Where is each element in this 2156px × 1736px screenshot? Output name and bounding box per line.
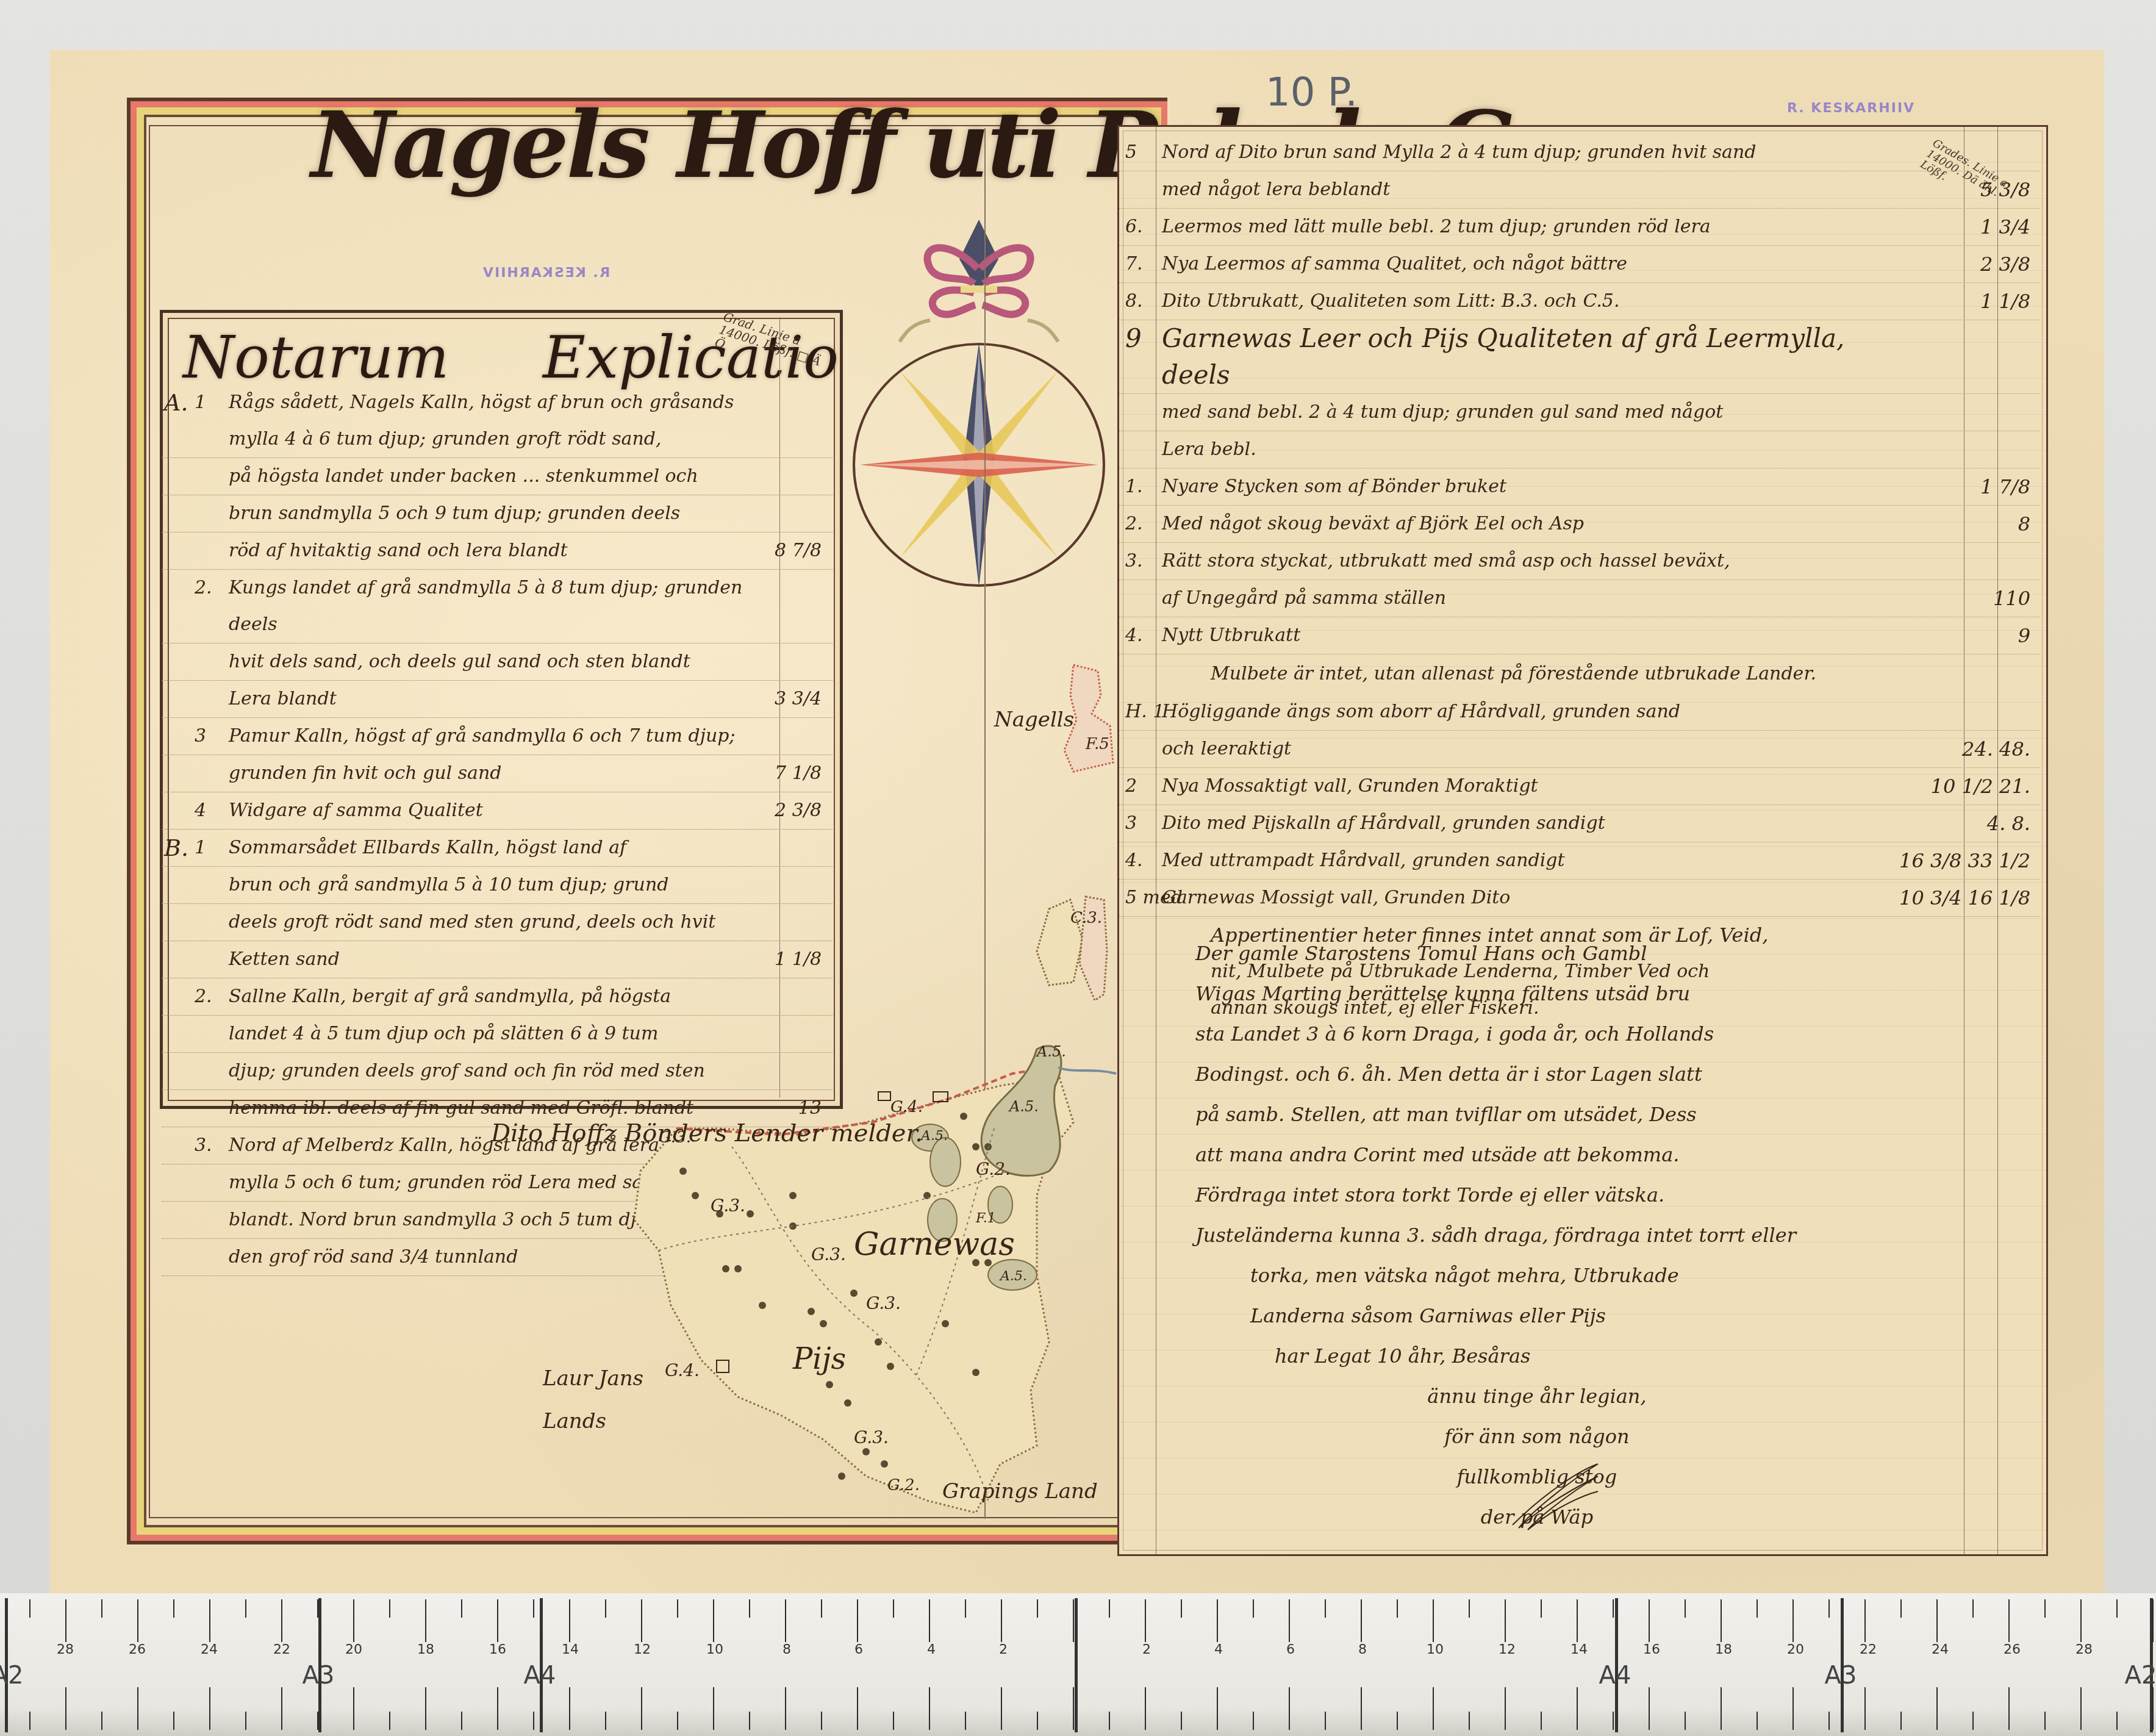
signature-flourish-icon [1506, 1458, 1604, 1531]
ruler-tick [137, 1599, 138, 1642]
scale-ruler: 28 26 24 22 20 18 16 14 12 10 8 6 4 2 2 … [0, 1593, 2156, 1736]
parcel-code: G.4. [665, 1360, 700, 1380]
ruler-tick [1721, 1687, 1722, 1730]
ruler-tick [677, 1712, 678, 1730]
ruler-paper-size-label: A2 [0, 1662, 23, 1690]
ruler-number: 28 [2075, 1642, 2093, 1657]
narrative-line: sta Landet 3 à 6 korn Draga, i goda år, … [1195, 1014, 2037, 1054]
ruler-tick [1361, 1599, 1362, 1642]
ruler-tick [461, 1712, 462, 1730]
ruler-tick [1073, 1687, 1074, 1730]
ruler-tick [1505, 1687, 1506, 1730]
map-caption-bonder-lender: Dito Hoffz Bönders Lender melder. [491, 1119, 923, 1147]
ruler-tick [641, 1599, 642, 1642]
ruler-number: 2 [1142, 1642, 1151, 1657]
ruler-tick [1469, 1712, 1470, 1730]
map-label-garnewas: Garnewas [854, 1226, 1015, 1263]
ruler-tick [2044, 1712, 2046, 1730]
explanation-row: på högsta landet under backen ... stenku… [162, 458, 833, 495]
narrative-line: Fördraga intet stora torkt Torde ej elle… [1195, 1175, 2037, 1215]
ledger-row: 4.Nytt Utbrukatt9 [1119, 617, 2040, 655]
ruler-tick [1181, 1712, 1182, 1730]
ledger-row: Lera bebl. [1119, 431, 2040, 468]
ruler-tick [173, 1599, 174, 1618]
ruler-major-mark [1075, 1598, 1078, 1732]
ruler-tick [281, 1687, 282, 1730]
ledger-row: 2.Med något skoug beväxt af Björk Eel oc… [1119, 506, 2040, 543]
explanation-row: 4Widgare af samma Qualitet2 3/8 [162, 792, 833, 830]
parcel-code: G.3. [659, 1128, 691, 1147]
ruler-tick [173, 1712, 174, 1730]
ruler-tick [2116, 1712, 2118, 1730]
parcel-code: F.1 [976, 1211, 996, 1226]
archive-stamp: R. KESKARHIIV [1787, 101, 1915, 116]
explanation-row: brun sandmylla 5 och 9 tum djup; grunden… [162, 495, 833, 533]
parcel-code: A.5. [1037, 1043, 1066, 1060]
ruler-tick [1181, 1599, 1182, 1618]
ruler-tick [1289, 1599, 1290, 1642]
explanation-row: landet 4 à 5 tum djup och på slätten 6 à… [162, 1016, 833, 1053]
ruler-tick [353, 1687, 354, 1730]
ruler-tick [1001, 1599, 1002, 1642]
ruler-tick [1217, 1599, 1218, 1642]
ruler-number: 18 [417, 1642, 434, 1657]
explanation-row: hvit dels sand, och deels gul sand och s… [162, 644, 833, 681]
ruler-tick [1433, 1599, 1434, 1642]
map-label-laur-jans-lands: Laur Jans Lands [543, 1357, 665, 1443]
ruler-number: 4 [927, 1642, 936, 1657]
ruler-tick [1145, 1687, 1146, 1730]
ruler-tick [1109, 1599, 1110, 1618]
ruler-tick [569, 1599, 570, 1642]
ruler-paper-size-label: A3 [1825, 1662, 1857, 1690]
ruler-tick [2080, 1687, 2082, 1730]
narrative-line: Justeländerna kunna 3. sådh draga, fördr… [1195, 1215, 2037, 1255]
ruler-tick [281, 1599, 282, 1642]
ledger-row: 4.Med uttrampadt Hårdvall, grunden sandi… [1119, 842, 2040, 880]
pencil-annotation: 10 P. [1266, 70, 1358, 115]
ruler-tick [425, 1687, 426, 1730]
ruler-number: 26 [129, 1642, 146, 1657]
narrative-line: Wigas Marting berättelse kunna fältens u… [1195, 974, 2037, 1014]
parcel-code: A.5. [921, 1128, 948, 1144]
ruler-tick [209, 1599, 210, 1642]
ruler-tick [1936, 1599, 1938, 1642]
ruler-number: 8 [783, 1642, 791, 1657]
ruler-number: 16 [489, 1642, 506, 1657]
parcel-code: G.4. [890, 1098, 923, 1116]
fleur-de-lis-icon [900, 220, 1058, 342]
parcel-code: G.3. [711, 1196, 745, 1216]
parcel-code: G.3. [866, 1293, 901, 1313]
ruler-tick [389, 1712, 390, 1730]
ruler-tick [461, 1599, 462, 1618]
ruler-tick [1649, 1687, 1650, 1730]
starost-narrative: Der gamle Starostens Tomul Hans och Gamb… [1195, 933, 2037, 1537]
ledger-row: H. 1Högliggande ängs som aborr af Hårdva… [1119, 694, 2040, 731]
ruler-tick [1721, 1599, 1722, 1642]
ruler-tick [1685, 1599, 1686, 1618]
explanation-row: B.1Sommarsådet Ellbards Kalln, högst lan… [162, 830, 833, 867]
closing-line: för änn som någon [1195, 1416, 2037, 1457]
ruler-tick [209, 1687, 210, 1730]
ruler-tick [1505, 1599, 1506, 1642]
ruler-tick [1037, 1712, 1038, 1730]
ruler-tick [1685, 1712, 1686, 1730]
ruler-tick [1649, 1599, 1650, 1642]
explanation-heading-notarum: Notarum [183, 323, 449, 392]
ruler-tick [245, 1599, 246, 1618]
ruler-tick [2152, 1599, 2154, 1642]
ruler-tick [1217, 1687, 1218, 1730]
ledger-row: med sand bebl. 2 à 4 tum djup; grunden g… [1119, 394, 2040, 431]
ruler-tick [533, 1712, 534, 1730]
narrative-line: torka, men vätska något mehra, Utbrukade [1195, 1255, 2037, 1296]
explanation-row: den grof röd sand 3/4 tunnland2 3/16 [162, 1239, 833, 1276]
ruler-tick [749, 1599, 750, 1618]
ledger-row-garnewas: 9Garnewas Leer och Pijs Qualiteten af gr… [1119, 320, 2040, 394]
ruler-tick [65, 1687, 66, 1730]
ruler-tick [1145, 1599, 1146, 1642]
ruler-tick [1972, 1712, 1974, 1730]
ruler-tick [857, 1599, 858, 1642]
ruler-tick [713, 1687, 714, 1730]
ruler-tick [1397, 1712, 1398, 1730]
ledger-row: 6.Leermos med lätt mulle bebl. 2 tum dju… [1119, 209, 2040, 246]
ruler-tick [1900, 1712, 1902, 1730]
ruler-number: 26 [2004, 1642, 2021, 1657]
ledger-row: 3Dito med Pijskalln af Hårdvall, grunden… [1119, 805, 2040, 842]
ledger-note-mulbete: Mulbete är intet, utan allenast på föres… [1119, 655, 2040, 694]
ledger-row: 5 medGarnewas Mossigt vall, Grunden Dito… [1119, 880, 2040, 917]
ruler-tick [569, 1687, 570, 1730]
ledger-rows: 5Nord af Dito brun sand Mylla 2 à 4 tum … [1119, 134, 2040, 1027]
ruler-number: 8 [1358, 1642, 1367, 1657]
ruler-number: 14 [1570, 1642, 1588, 1657]
ruler-number: 20 [345, 1642, 362, 1657]
ledger-row: 3.Rätt stora styckat, utbrukatt med små … [1119, 543, 2040, 580]
explanation-row: brun och grå sandmylla 5 à 10 tum djup; … [162, 867, 833, 904]
ruler-number: 22 [273, 1642, 290, 1657]
explanation-row: 2.Kungs landet af grå sandmylla 5 à 8 tu… [162, 570, 833, 644]
ruler-tick [245, 1712, 246, 1730]
ruler-number: 12 [1499, 1642, 1516, 1657]
explanation-row: Ketten sand1 1/8 [162, 941, 833, 978]
ruler-number: 20 [1787, 1642, 1804, 1657]
ruler-tick [605, 1712, 606, 1730]
ruler-tick [785, 1599, 786, 1642]
ruler-tick [1361, 1687, 1362, 1730]
parcel-code: A.5. [1000, 1269, 1027, 1284]
ruler-tick [1397, 1599, 1398, 1618]
ruler-tick [1900, 1599, 1902, 1618]
archive-stamp-mirrored: R. KESKARHIIV [482, 265, 610, 281]
ruler-tick [1253, 1712, 1254, 1730]
ruler-tick [713, 1599, 714, 1642]
ruler-paper-size-label: A3 [303, 1662, 335, 1690]
ruler-tick [1792, 1599, 1794, 1642]
ruler-tick [101, 1599, 102, 1618]
ruler-tick [1073, 1599, 1074, 1642]
closing-line: fullkomblig stog [1195, 1457, 2037, 1497]
ruler-tick [1864, 1687, 1866, 1730]
parcel-code: A.5. [1009, 1098, 1039, 1115]
ruler-tick [1001, 1687, 1002, 1730]
ruler-tick [425, 1599, 426, 1642]
ruler-tick [317, 1599, 318, 1618]
narrative-line: att mana andra Corint med utsäde att bek… [1195, 1135, 2037, 1175]
explanation-row: grunden fin hvit och gul sand7 1/8 [162, 755, 833, 792]
ruler-tick [929, 1687, 930, 1730]
ledger-row: 2Nya Mossaktigt vall, Grunden Moraktigt1… [1119, 768, 2040, 805]
ruler-tick [29, 1599, 30, 1618]
ruler-paper-size-label: A2 [2125, 1662, 2156, 1690]
ruler-number: 14 [562, 1642, 579, 1657]
ruler-tick [29, 1712, 30, 1730]
ruler-tick [1828, 1599, 1830, 1618]
ruler-tick [1577, 1687, 1578, 1730]
ruler-tick [2008, 1687, 2010, 1730]
ledger-row: 7.Nya Leermos af samma Qualitet, och någ… [1119, 246, 2040, 283]
ledger-row: 5Nord af Dito brun sand Mylla 2 à 4 tum … [1119, 134, 2040, 171]
ruler-tick [1037, 1599, 1038, 1618]
parcel-code: G.3. [811, 1244, 846, 1264]
closing-line: der på Wäp [1195, 1497, 2037, 1537]
ruler-tick [2152, 1687, 2154, 1730]
narrative-line: Bodingst. och 6. åh. Men detta är i stor… [1195, 1054, 2037, 1094]
ruler-tick [965, 1599, 966, 1618]
ruler-number: 24 [201, 1642, 218, 1657]
ruler-tick [929, 1599, 930, 1642]
ledger-row: af Ungegård på samma ställen110 [1119, 580, 2040, 617]
explanation-row: röd af hvitaktig sand och lera blandt8 7… [162, 533, 833, 570]
ruler-tick [857, 1687, 858, 1730]
ruler-number: 22 [1860, 1642, 1877, 1657]
ruler-tick [2008, 1599, 2010, 1642]
ruler-number: 6 [1286, 1642, 1295, 1657]
ruler-tick [1613, 1712, 1614, 1730]
ruler-tick [1972, 1599, 1974, 1618]
parcel-code: G.3. [854, 1427, 889, 1447]
ruler-tick [1541, 1599, 1542, 1618]
map-label-pijs: Pijs [793, 1342, 846, 1376]
ruler-tick [1253, 1599, 1254, 1618]
narrative-line: Der gamle Starostens Tomul Hans och Gamb… [1195, 933, 2037, 974]
ruler-tick [1433, 1687, 1434, 1730]
ruler-tick [1325, 1712, 1326, 1730]
ruler-tick [1828, 1712, 1830, 1730]
ruler-tick [605, 1599, 606, 1618]
explanation-row: A.1Rågs sådett, Nagels Kalln, högst af b… [162, 384, 833, 458]
ruler-tick [1109, 1712, 1110, 1730]
ruler-tick [1577, 1599, 1578, 1642]
ruler-number: 10 [1427, 1642, 1444, 1657]
parcel-code: F.5 [1086, 735, 1109, 753]
ruler-paper-size-label: A4 [1599, 1662, 1631, 1690]
ruler-number: 10 [706, 1642, 723, 1657]
ruler-tick [677, 1599, 678, 1618]
ruler-tick [317, 1712, 318, 1730]
ruler-tick [65, 1599, 66, 1642]
map-label-grapings-land: Grapings Land [942, 1479, 1098, 1504]
parcel-code: G.2. [976, 1159, 1011, 1179]
ruler-tick [1469, 1599, 1470, 1618]
narrative-line: har Legat 10 åhr, Besåras [1195, 1336, 2037, 1376]
ruler-tick [1864, 1599, 1866, 1642]
ruler-tick [965, 1712, 966, 1730]
ledger-row: 1.Nyare Stycken som af Bönder bruket1 7/… [1119, 468, 2040, 506]
parcel-code: C.3. [1070, 909, 1102, 927]
ruler-tick [1936, 1687, 1938, 1730]
ledger-row: 8.Dito Utbrukatt, Qualiteten som Litt: B… [1119, 283, 2040, 320]
ruler-tick [137, 1687, 138, 1730]
ruler-number: 16 [1643, 1642, 1660, 1657]
ruler-tick [749, 1712, 750, 1730]
ledger-row: och leeraktigt24. 48. [1119, 731, 2040, 768]
ruler-tick [533, 1599, 534, 1618]
ruler-number: 24 [1932, 1642, 1949, 1657]
ruler-number: 28 [57, 1642, 74, 1657]
ruler-number: 6 [854, 1642, 863, 1657]
ruler-tick [1613, 1599, 1614, 1618]
ruler-tick [497, 1687, 498, 1730]
ruler-tick [2116, 1599, 2118, 1618]
ruler-tick [101, 1712, 102, 1730]
ruler-number: 4 [1214, 1642, 1223, 1657]
ruler-tick [821, 1599, 822, 1618]
ruler-number: 2 [999, 1642, 1008, 1657]
ruler-tick [1325, 1599, 1326, 1618]
ruler-tick [2080, 1599, 2082, 1642]
ruler-tick [1541, 1712, 1542, 1730]
explanation-row: 3Pamur Kalln, högst af grå sandmylla 6 o… [162, 718, 833, 755]
explanation-row: 2.Sallne Kalln, bergit af grå sandmylla,… [162, 978, 833, 1016]
ruler-number: 18 [1715, 1642, 1732, 1657]
ledger-row: med något lera beblandt5 3/8 [1119, 171, 2040, 209]
ruler-tick [1757, 1599, 1758, 1618]
explanation-row: deels groft rödt sand med sten grund, de… [162, 904, 833, 941]
ruler-tick [389, 1599, 390, 1618]
explanation-row: djup; grunden deels grof sand och fin rö… [162, 1053, 833, 1090]
ruler-tick [641, 1687, 642, 1730]
ruler-tick [893, 1712, 894, 1730]
ruler-tick [1289, 1687, 1290, 1730]
ruler-tick [1757, 1712, 1758, 1730]
ruler-tick [353, 1599, 354, 1642]
ruler-tick [893, 1599, 894, 1618]
parcel-code: G.2. [887, 1476, 920, 1494]
ruler-paper-size-label: A4 [524, 1662, 556, 1690]
ruler-tick [2044, 1599, 2046, 1618]
ruler-tick [497, 1599, 498, 1642]
narrative-line: på samb. Stellen, att man tvifllar om ut… [1195, 1094, 2037, 1135]
map-label-nagells: Nagells [994, 708, 1074, 732]
ruler-tick [1792, 1687, 1794, 1730]
ruler-tick [785, 1687, 786, 1730]
ruler-tick [821, 1712, 822, 1730]
narrative-line: Landerna såsom Garniwas eller Pijs [1195, 1296, 2037, 1336]
ruler-number: 12 [634, 1642, 651, 1657]
explanation-row: Lera blandt3 3/4 [162, 681, 833, 718]
compass-rose-icon [839, 201, 1119, 592]
closing-line: ännu tinge åhr legian, [1195, 1376, 2037, 1416]
